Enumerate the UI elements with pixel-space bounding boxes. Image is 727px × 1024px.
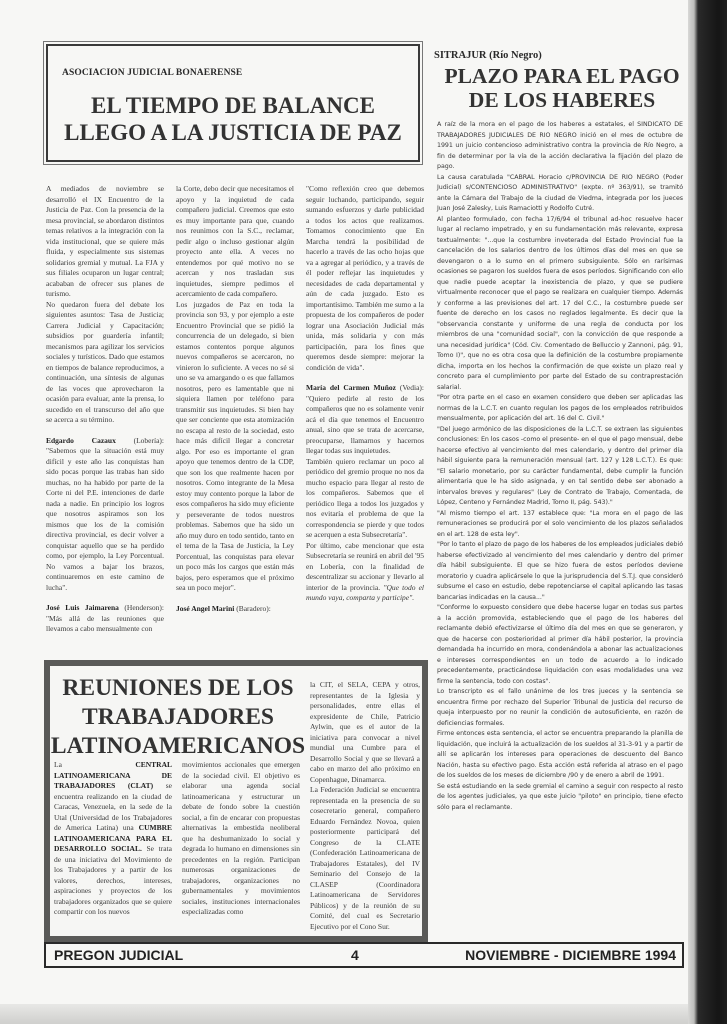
paragraph: "Al mismo tiempo el art. 137 establece q… [437,509,683,541]
quote-paragraph: José Luis Jaimarena (Henderson): "Más al… [46,603,164,635]
left-article-column-3: "Como reflexión creo que debemos seguir … [306,184,424,604]
paragraph: "Como reflexión creo que debemos seguir … [306,184,424,373]
speaker-name: Edgardo Cazaux [46,436,116,445]
newspaper-page: ASOCIACION JUDICIAL BONAERENSE EL TIEMPO… [0,0,700,1024]
speaker-name: José Luis Jaimarena [46,603,119,612]
speaker-place: (Henderson): [119,603,164,612]
paragraph-text: La [54,760,135,769]
right-article-title-line2: DE LOS HABERES [436,88,688,112]
page-bottom-edge [0,1004,700,1024]
feature-title-line2: TRABAJADORES [50,703,306,732]
binding-spine-shadow [688,0,727,1024]
paragraph: También quiero reclamar un poco al perió… [306,457,424,541]
paragraph-text: Se trata de una iniciativa del Movimient… [54,844,172,916]
feature-title-line3: LATINOAMERICANOS [50,732,306,761]
paragraph: Al planteo formulado, con fecha 17/6/94 … [437,215,683,394]
paragraph: La CENTRAL LATINOAMERICANA DE TRABAJADOR… [54,760,172,918]
paragraph: Por último, cabe mencionar que esta Subs… [306,541,424,604]
speaker-place: (Baradero): [234,604,270,613]
feature-column-1: La CENTRAL LATINOAMERICANA DE TRABAJADOR… [54,760,172,918]
speaker-quote: "Más allá de las reuniones que llevamos … [46,614,164,634]
paragraph: La causa caratulada "CABRAL Horacio c/PR… [437,173,683,215]
page-number: 4 [351,947,359,963]
feature-article-inner: REUNIONES DE LOS TRABAJADORES LATINOAMER… [50,666,422,936]
speaker-quote: "Quiero pedirle al resto de los compañer… [306,394,424,456]
quote-paragraph: Edgardo Cazaux (Lobería): "Sabemos que l… [46,436,164,594]
publication-name: PREGON JUDICIAL [54,947,183,963]
paragraph: Se está estudiando en la sede gremial el… [437,782,683,814]
speaker-name: María del Carmen Muñoz [306,383,396,392]
right-article-title-line1: PLAZO PARA EL PAGO [436,64,688,88]
right-article-kicker: SITRAJUR (Río Negro) [434,50,542,61]
left-article-title-line2: LLEGO A LA JUSTICIA DE PAZ [48,119,418,146]
right-article-title: PLAZO PARA EL PAGO DE LOS HABERES [436,64,688,112]
left-article-kicker: ASOCIACION JUDICIAL BONAERENSE [62,68,242,78]
paragraph: No quedaron fuera del debate los siguien… [46,300,164,426]
speaker-place: (Lobería): [116,436,164,445]
paragraph: "Del juego armónico de las disposiciones… [437,425,683,509]
speaker-quote: "Sabemos que la situación está muy difíc… [46,446,164,592]
feature-article-box: REUNIONES DE LOS TRABAJADORES LATINOAMER… [44,660,428,942]
quote-paragraph: María del Carmen Muñoz (Vedia): "Quiero … [306,383,424,457]
feature-article-title: REUNIONES DE LOS TRABAJADORES LATINOAMER… [50,674,306,761]
left-article-column-2: la Corte, debo decir que necesitamos el … [176,184,294,614]
left-article-title-line1: EL TIEMPO DE BALANCE [48,92,418,119]
page-footer: PREGON JUDICIAL 4 NOVIEMBRE - DICIEMBRE … [44,942,684,968]
left-article-header-box: ASOCIACION JUDICIAL BONAERENSE EL TIEMPO… [46,44,420,162]
quote-paragraph: José Angel Marini (Baradero): [176,604,294,615]
paragraph: la CIT, el SELA, CEPA y otros, represent… [310,680,420,785]
paragraph: movimientos accionales que emergen de la… [182,760,300,918]
speaker-place: (Vedia): [396,383,424,392]
right-article-body: A raíz de la mora en el pago de los habe… [437,120,683,813]
issue-date: NOVIEMBRE - DICIEMBRE 1994 [465,947,676,963]
paragraph: Los juzgados de Paz en toda la provincia… [176,300,294,594]
feature-column-3: la CIT, el SELA, CEPA y otros, represent… [310,680,420,932]
speaker-name: José Angel Marini [176,604,234,613]
paragraph: "Por otra parte en el caso en examen con… [437,393,683,425]
paragraph: "Por lo tanto el plazo de pago de los ha… [437,540,683,603]
paragraph: La Federación Judicial se encuentra repr… [310,785,420,932]
feature-title-line1: REUNIONES DE LOS [50,674,306,703]
paragraph: A mediados de noviembre se desarrolló el… [46,184,164,300]
feature-column-2: movimientos accionales que emergen de la… [182,760,300,918]
paragraph: "Conforme lo expuesto considero que debe… [437,603,683,687]
left-article-column-1: A mediados de noviembre se desarrolló el… [46,184,164,635]
left-article-title: EL TIEMPO DE BALANCE LLEGO A LA JUSTICIA… [48,92,418,146]
paragraph: Firme entonces esta sentencia, el actor … [437,729,683,782]
paragraph: Lo transcripto es el fallo unánime de lo… [437,687,683,729]
paragraph: A raíz de la mora en el pago de los habe… [437,120,683,173]
paragraph: la Corte, debo decir que necesitamos el … [176,184,294,300]
